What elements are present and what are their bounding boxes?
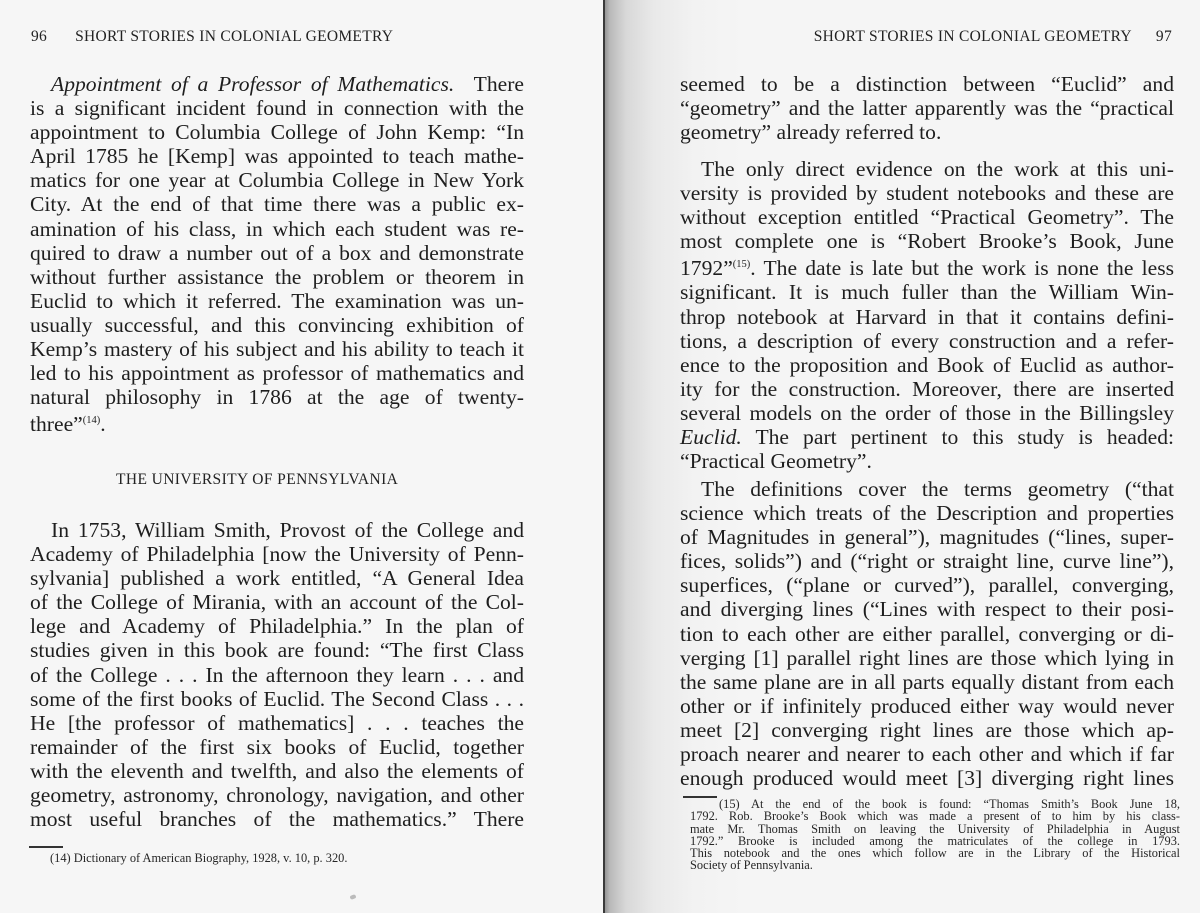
text-line: Appointment of a Professor of Mathematic… bbox=[30, 72, 524, 96]
text-line: superfices, (“plane or curved”), paralle… bbox=[680, 573, 1174, 597]
text-line: remainder of the first six books of Eucl… bbox=[30, 735, 524, 759]
text-line: quired to draw a number out of a box and… bbox=[30, 241, 524, 265]
text-line: geometry, astronomy, chronology, navigat… bbox=[30, 783, 524, 807]
text-line: ity for the construction. Moreover, ther… bbox=[680, 377, 1174, 401]
text-line: lege and Academy of Philadelphia.” In th… bbox=[30, 614, 524, 638]
text-line: without further assistance the problem o… bbox=[30, 265, 524, 289]
text-line: is a significant incident found in conne… bbox=[30, 96, 524, 120]
text-line: The definitions cover the terms geometry… bbox=[680, 477, 1174, 501]
text-line: geometry” already referred to. bbox=[680, 120, 1174, 144]
text-line: enough produced would meet [3] diverging… bbox=[680, 766, 1174, 790]
text-line: April 1785 he [Kemp] was appointed to te… bbox=[30, 144, 524, 168]
section-kemp-appointment: Appointment of a Professor of Mathematic… bbox=[30, 72, 524, 436]
text-line: tion to each other are either parallel, … bbox=[680, 622, 1174, 646]
text-line: proach nearer and nearer to each other a… bbox=[680, 742, 1174, 766]
text-line: natural philosophy in 1786 at the age of… bbox=[30, 385, 524, 409]
text-line: City. At the end of that time there was … bbox=[30, 192, 524, 216]
left-page: 96SHORT STORIES IN COLONIAL GEOMETRY App… bbox=[0, 0, 604, 913]
book-gutter bbox=[603, 0, 605, 913]
text-line: Euclid. The part pertinent to this study… bbox=[680, 425, 1174, 449]
text-line: He [the professor of mathematics] . . . … bbox=[30, 711, 524, 735]
text-line: most useful branches of the mathematics.… bbox=[30, 807, 524, 831]
text-line: Academy of Philadelphia [now the Univers… bbox=[30, 542, 524, 566]
text-line: of Magnitudes in general”), magnitudes (… bbox=[680, 525, 1174, 549]
text-line: sylvania] published a work entitled, “A … bbox=[30, 566, 524, 590]
right-running-head: SHORT STORIES IN COLONIAL GEOMETRY97 bbox=[814, 28, 1172, 46]
footnote-ref-14: (14) bbox=[83, 415, 101, 426]
text-line: usually successful, and this convincing … bbox=[30, 313, 524, 337]
text-line: without exception entitled “Practical Ge… bbox=[680, 205, 1174, 229]
left-running-head: 96SHORT STORIES IN COLONIAL GEOMETRY bbox=[31, 28, 393, 46]
text-line: throp notebook at Harvard in that it con… bbox=[680, 305, 1174, 329]
text-line: led to his appointment as professor of m… bbox=[30, 361, 524, 385]
text-line: of the College . . . In the afternoon th… bbox=[30, 663, 524, 687]
section-heading-upenn: THE UNIVERSITY OF PENNSYLVANIA bbox=[116, 471, 398, 489]
text-line: The only direct evidence on the work at … bbox=[680, 157, 1174, 181]
text-line: studies given in this book are found: “T… bbox=[30, 638, 524, 662]
text-line: In 1753, William Smith, Provost of the C… bbox=[30, 518, 524, 542]
text-line: significant. It is much fuller than the … bbox=[680, 280, 1174, 304]
text-line: “Practical Geometry”. bbox=[680, 449, 1174, 473]
text-line: seemed to be a distinction between “Eucl… bbox=[680, 72, 1174, 96]
text-line: tions, a description of every constructi… bbox=[680, 329, 1174, 353]
text-line: versity is provided by student notebooks… bbox=[680, 181, 1174, 205]
text-line: Euclid to which it referred. The examina… bbox=[30, 289, 524, 313]
paper-blemish bbox=[349, 894, 356, 900]
footnote-15: (15) At the end of the book is found: “T… bbox=[690, 798, 1180, 872]
text-line: 1792”(15). The date is late but the work… bbox=[680, 253, 1174, 280]
paragraph-euclid-distinction: seemed to be a distinction between “Eucl… bbox=[680, 72, 1174, 144]
text-line: verging [1] parallel right lines are tho… bbox=[680, 646, 1174, 670]
text-line: “geometry” and the latter apparently was… bbox=[680, 96, 1174, 120]
section-upenn-body: In 1753, William Smith, Provost of the C… bbox=[30, 518, 524, 831]
text-line: ence to the proposition and Book of Eucl… bbox=[680, 353, 1174, 377]
text-line: most complete one is “Robert Brooke’s Bo… bbox=[680, 229, 1174, 253]
text-line: other or if infinitely produced either w… bbox=[680, 694, 1174, 718]
paragraph-student-notebooks: The only direct evidence on the work at … bbox=[680, 157, 1174, 473]
section-title-italic: Appointment of a Professor of Mathematic… bbox=[51, 72, 454, 96]
page-number-right: 97 bbox=[1156, 28, 1172, 45]
page-number-left: 96 bbox=[31, 28, 47, 45]
footnote-14: (14) Dictionary of American Biography, 1… bbox=[50, 852, 450, 864]
paragraph-definitions: The definitions cover the terms geometry… bbox=[680, 477, 1174, 790]
text-line: three”(14). bbox=[30, 409, 524, 436]
running-head-title-left: SHORT STORIES IN COLONIAL GEOMETRY bbox=[75, 28, 393, 45]
footnote-ref-15: (15) bbox=[733, 259, 751, 270]
text-line: appointment to Columbia College of John … bbox=[30, 120, 524, 144]
text-line: science which treats of the Description … bbox=[680, 501, 1174, 525]
italic-euclid: Euclid. bbox=[680, 425, 742, 449]
text-line: with the eleventh and twelfth, and also … bbox=[30, 759, 524, 783]
text-line: some of the first books of Euclid. The S… bbox=[30, 687, 524, 711]
text-line: several models on the order of those in … bbox=[680, 401, 1174, 425]
text-line: amination of his class, in which each st… bbox=[30, 217, 524, 241]
text-line: the same plane are in all parts equally … bbox=[680, 670, 1174, 694]
text-line: meet [2] converging right lines are thos… bbox=[680, 718, 1174, 742]
text-line: and diverging lines (“Lines with respect… bbox=[680, 597, 1174, 621]
text-line: of the College of Mirania, with an accou… bbox=[30, 590, 524, 614]
footnote-rule-left bbox=[29, 846, 63, 848]
text-line: Kemp’s mastery of his subject and his ab… bbox=[30, 337, 524, 361]
running-head-title-right: SHORT STORIES IN COLONIAL GEOMETRY bbox=[814, 28, 1132, 45]
text-line: matics for one year at Columbia College … bbox=[30, 168, 524, 192]
text-line: fices, solids”) and (“right or straight … bbox=[680, 549, 1174, 573]
